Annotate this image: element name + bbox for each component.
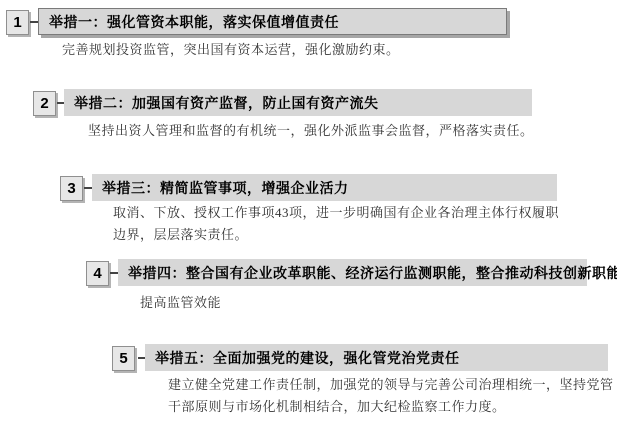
step-title: 举措五：全面加强党的建设，强化管党治党责任: [155, 348, 460, 368]
step-title-bar: 举措五：全面加强党的建设，强化管党治党责任: [145, 344, 608, 371]
step-item-5: 5 举措五：全面加强党的建设，强化管党治党责任 建立健全党建工作责任制，加强党的…: [0, 0, 617, 423]
step-number-box: 5: [112, 346, 135, 371]
step-number: 5: [119, 350, 127, 367]
step-description: 建立健全党建工作责任制，加强党的领导与完善公司治理相统一，坚持党管干部原则与市场…: [168, 374, 617, 418]
connector-line: [138, 357, 145, 359]
five-measures-diagram: 1 举措一：强化管资本职能，落实保值增值责任 完善规划投资监管，突出国有资本运营…: [0, 0, 617, 423]
